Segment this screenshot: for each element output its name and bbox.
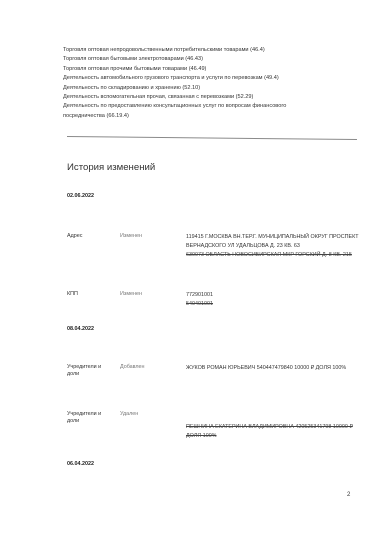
field-name: Учредители и доли (67, 364, 107, 379)
change-value: ЖУКОВ РОМАН ЮРЬЕВИЧ 540447479840 10000 ₽… (186, 364, 361, 373)
field-name: Учредители и доли (67, 411, 107, 426)
change-status: Изменен (120, 291, 142, 297)
change-date: 02.06.2022 (67, 193, 94, 199)
field-name: Адрес (67, 233, 107, 240)
change-value: 119415 Г.МОСКВА ВН.ТЕР.Г. МУНИЦИПАЛЬНЫЙ … (186, 233, 361, 259)
okved-item: Торговля оптовая прочими бытовыми товара… (63, 65, 363, 74)
okved-item: Деятельность автомобильного грузового тр… (63, 74, 363, 83)
change-status: Изменен (120, 233, 142, 239)
new-value: ЖУКОВ РОМАН ЮРЬЕВИЧ 540447479840 10000 ₽… (186, 364, 361, 373)
old-value: 630073 ОБЛАСТЬ НОВОСИБИРСКАЯ МКР ГОРСКИЙ… (186, 251, 361, 260)
change-date: 06.04.2022 (67, 461, 94, 467)
new-value: 772901001 (186, 291, 361, 300)
change-status: Добавлен (120, 364, 145, 370)
change-status: Удален (120, 411, 138, 417)
okved-item: Деятельность по предоставлению консульта… (63, 102, 318, 121)
okved-item: Торговля оптовая непродовольственными по… (63, 46, 363, 55)
section-divider (67, 136, 357, 140)
okved-item: Деятельность вспомогательная прочая, свя… (63, 93, 363, 102)
document-page: Торговля оптовая непродовольственными по… (0, 0, 384, 540)
okved-item: Торговля оптовая бытовыми электротоварам… (63, 55, 363, 64)
okved-list: Торговля оптовая непродовольственными по… (63, 46, 363, 121)
change-value: ПЕШНИНА ЕКАТЕРИНА ВЛАДИМИРОВНА 420525341… (186, 423, 361, 441)
okved-item: Деятельность по складированию и хранению… (63, 84, 363, 93)
old-value: ПЕШНИНА ЕКАТЕРИНА ВЛАДИМИРОВНА 420525341… (186, 423, 361, 441)
field-name: КПП (67, 291, 107, 298)
new-value: 119415 Г.МОСКВА ВН.ТЕР.Г. МУНИЦИПАЛЬНЫЙ … (186, 233, 361, 251)
old-value: 540401001 (186, 300, 361, 309)
change-value: 772901001 540401001 (186, 291, 361, 309)
change-date: 08.04.2022 (67, 326, 94, 332)
page-number: 2 (347, 492, 350, 498)
history-title: История изменений (67, 162, 155, 173)
